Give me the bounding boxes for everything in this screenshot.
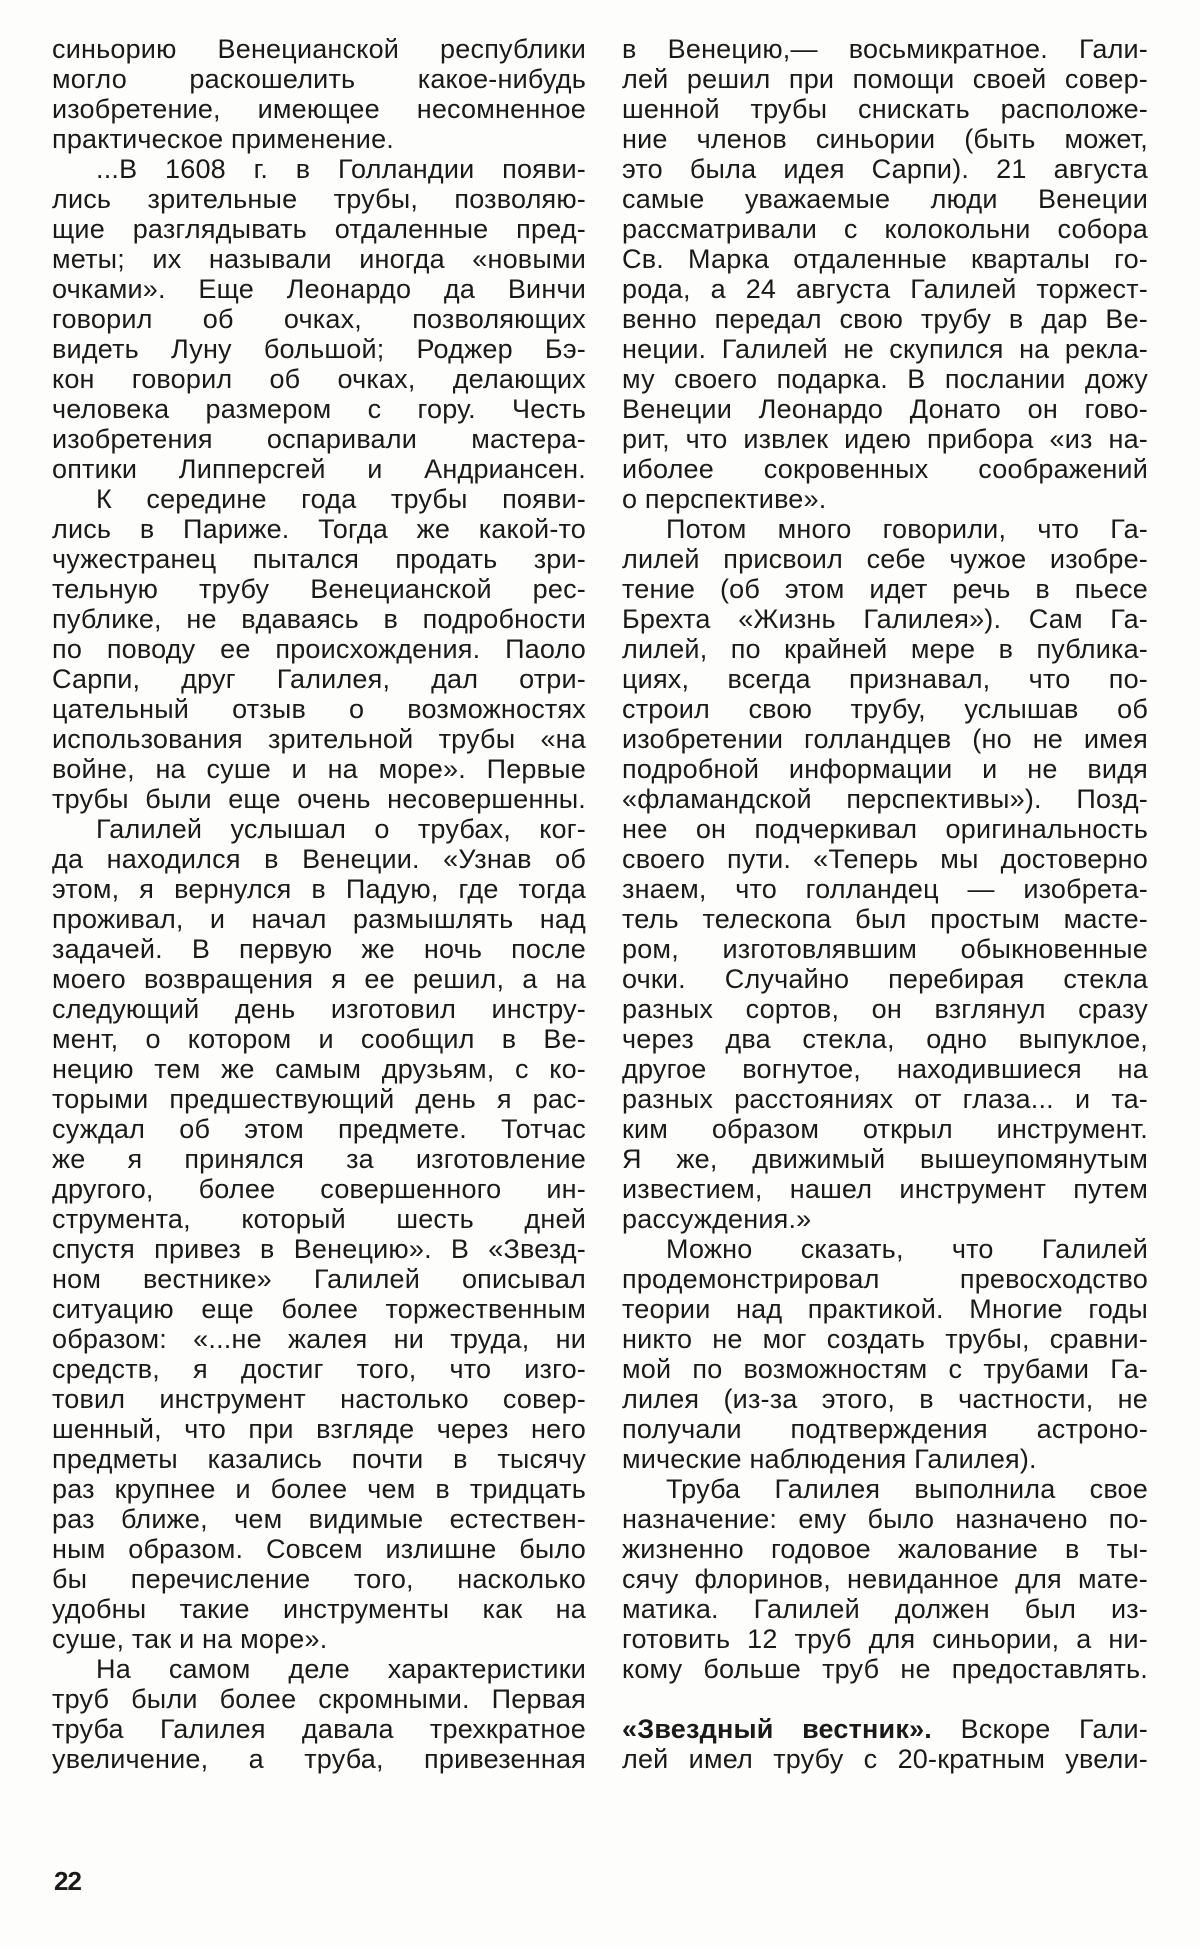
text-line: труба Галилея давала трехкратное [52, 1714, 586, 1744]
text-line: знаем, что голландец — изобрета- [622, 874, 1148, 904]
text-line: мические наблюдения Галилея). [622, 1444, 1148, 1474]
text-line: ром, изготовлявшим обыкновенные [622, 934, 1148, 964]
text-line: кому больше труб не предоставлять. [622, 1654, 1148, 1684]
text-line: другого, более совершенного ин- [52, 1174, 586, 1204]
text-line: раз крупнее и более чем в тридцать [52, 1474, 586, 1504]
text-line: ным образом. Совсем излишне было [52, 1534, 586, 1564]
text-line: неции. Галилей не скупился на рекла- [622, 334, 1148, 364]
text-line: ким образом открыл инструмент. [622, 1114, 1148, 1144]
text-line: «фламандской перспективы»). Позд- [622, 784, 1148, 814]
text-line: шенной трубы снискать расположе- [622, 94, 1148, 124]
text-line: лилей, по крайней мере в публика- [622, 634, 1148, 664]
text-line: рассуждения.» [622, 1204, 1148, 1234]
text-line: очками». Еще Леонардо да Винчи [52, 274, 586, 304]
text-line: теории над практикой. Многие годы [622, 1294, 1148, 1324]
text-line: суше, так и на море». [52, 1624, 586, 1654]
text-line: в Венецию,— восьмикратное. Гали- [622, 34, 1148, 64]
text-line: Галилей услышал о трубах, ког- [52, 814, 586, 844]
text-line: увеличение, а труба, привезенная [52, 1744, 586, 1774]
text-line: Св. Марка отдаленные кварталы го- [622, 244, 1148, 274]
text-line: тель телескопа был простым масте- [622, 904, 1148, 934]
text-line: Можно сказать, что Галилей [622, 1234, 1148, 1264]
text-line: мой по возможностям с трубами Га- [622, 1354, 1148, 1384]
text-line: же я принялся за изготовление [52, 1144, 586, 1174]
text-line: Сарпи, друг Галилея, дал отри- [52, 664, 586, 694]
text-line: готовить 12 труб для синьории, а ни- [622, 1624, 1148, 1654]
text-line: товил инструмент настолько совер- [52, 1384, 586, 1414]
text-line: Венеции Леонардо Донато он гово- [622, 394, 1148, 424]
text-line: строил свою трубу, услышав об [622, 694, 1148, 724]
text-line: изобретения оспаривали мастера- [52, 424, 586, 454]
text-line: щие разглядывать отдаленные пред- [52, 214, 586, 244]
text-line: Я же, движимый вышеупомянутым [622, 1144, 1148, 1174]
text-line: этом, я вернулся в Падую, где тогда [52, 874, 586, 904]
text-line: ситуацию еще более торжественным [52, 1294, 586, 1324]
text-line: циях, всегда признавал, что по- [622, 664, 1148, 694]
text-line: рит, что извлек идею прибора «из на- [622, 424, 1148, 454]
text-line: ном вестнике» Галилей описывал [52, 1264, 586, 1294]
text-fragment: Вскоре Гали- [961, 1714, 1148, 1744]
text-line: лись зрительные трубы, позволяю- [52, 184, 586, 214]
text-line: лей имел трубу с 20-кратным увели- [622, 1744, 1148, 1774]
text-line: цательный отзыв о возможностях [52, 694, 586, 724]
text-line: человека размером с гору. Честь [52, 394, 586, 424]
text-line: лись в Париже. Тогда же какой-то [52, 514, 586, 544]
text-line: да находился в Венеции. «Узнав об [52, 844, 586, 874]
text-line: говорил об очках, позволяющих [52, 304, 586, 334]
section-heading: «Звездный вестник». [622, 1714, 932, 1744]
text-line: самые уважаемые люди Венеции [622, 184, 1148, 214]
text-line: Труба Галилея выполнила свое [622, 1474, 1148, 1504]
text-line: по поводу ее происхождения. Паоло [52, 634, 586, 664]
text-line: видеть Луну большой; Роджер Бэ- [52, 334, 586, 364]
text-line: К середине года трубы появи- [52, 484, 586, 514]
text-line: это была идея Сарпи). 21 августа [622, 154, 1148, 184]
text-line: труб были более скромными. Первая [52, 1684, 586, 1714]
text-line: образом: «...не жалея ни труда, ни [52, 1324, 586, 1354]
text-line: известием, нашел инструмент путем [622, 1174, 1148, 1204]
text-line: суждал об этом предмете. Тотчас [52, 1114, 586, 1144]
text-line: разных расстояниях от глаза... и та- [622, 1084, 1148, 1114]
text-line: другое вогнутое, находившиеся на [622, 1054, 1148, 1084]
text-line: рассматривали с колокольни собора [622, 214, 1148, 244]
text-line: ...В 1608 г. в Голландии появи- [52, 154, 586, 184]
text-line: средств, я достиг того, что изго- [52, 1354, 586, 1384]
text-line: задачей. В первую же ночь после [52, 934, 586, 964]
text-line: удобны такие инструменты как на [52, 1594, 586, 1624]
text-line: Брехта «Жизнь Галилея»). Сам Га- [622, 604, 1148, 634]
text-line: мент, о котором и сообщил в Ве- [52, 1024, 586, 1054]
text-line: спустя привез в Венецию». В «Звезд- [52, 1234, 586, 1264]
text-line: предметы казались почти в тысячу [52, 1444, 586, 1474]
text-line: струмента, который шесть дней [52, 1204, 586, 1234]
text-line: публике, не вдаваясь в подробности [52, 604, 586, 634]
text-line: практическое применение. [52, 124, 586, 154]
text-line: венно передал свою трубу в дар Ве- [622, 304, 1148, 334]
text-line: изобретение, имеющее несомненное [52, 94, 586, 124]
text-line: лей решил при помощи своей совер- [622, 64, 1148, 94]
text-line: синьорию Венецианской республики [52, 34, 586, 64]
text-line: изобретении голландцев (но не имея [622, 724, 1148, 754]
text-line: очки. Случайно перебирая стекла [622, 964, 1148, 994]
text-line: подробной информации и не видя [622, 754, 1148, 784]
page-number: 22 [54, 1866, 81, 1897]
text-line: меты; их называли иногда «новыми [52, 244, 586, 274]
text-line: торыми предшествующий день я рас- [52, 1084, 586, 1114]
text-line: лилей присвоил себе чужое изобре- [622, 544, 1148, 574]
text-line: шенный, что при взгляде через него [52, 1414, 586, 1444]
text-line: бы перечисление того, насколько [52, 1564, 586, 1594]
text-line: жизненно годовое жалование в ты- [622, 1534, 1148, 1564]
text-line: кон говорил об очках, делающих [52, 364, 586, 394]
text-line: следующий день изготовил инстру- [52, 994, 586, 1024]
text-line: моего возвращения я ее решил, а на [52, 964, 586, 994]
text-line: му своего подарка. В послании дожу [622, 364, 1148, 394]
text-line: На самом деле характеристики [52, 1654, 586, 1684]
text-line: чужестранец пытался продать зри- [52, 544, 586, 574]
book-page: синьорию Венецианской республикимогло ра… [0, 0, 1200, 1947]
text-line: никто не мог создать трубы, сравни- [622, 1324, 1148, 1354]
left-column: синьорию Венецианской республикимогло ра… [52, 34, 586, 1774]
text-line: тение (об этом идет речь в пьесе [622, 574, 1148, 604]
text-line: тельную трубу Венецианской рес- [52, 574, 586, 604]
text-line: использования зрительной трубы «на [52, 724, 586, 754]
text-line: сячу флоринов, невиданное для мате- [622, 1564, 1148, 1594]
text-line: своего пути. «Теперь мы достоверно [622, 844, 1148, 874]
text-line: нецию тем же самым друзьям, с ко- [52, 1054, 586, 1084]
text-line: ние членов синьории (быть может, [622, 124, 1148, 154]
section-heading-line: «Звездный вестник». Вскоре Гали- [622, 1714, 1148, 1744]
text-line: Потом много говорили, что Га- [622, 514, 1148, 544]
section-gap [622, 1684, 1148, 1714]
text-line: рода, а 24 августа Галилей торжест- [622, 274, 1148, 304]
text-line: оптики Липперсгей и Андриансен. [52, 454, 586, 484]
text-line: матика. Галилей должен был из- [622, 1594, 1148, 1624]
right-column: в Венецию,— восьмикратное. Гали-лей реши… [622, 34, 1148, 1774]
text-line: назначение: ему было назначено по- [622, 1504, 1148, 1534]
text-line: нее он подчеркивал оригинальность [622, 814, 1148, 844]
text-line: о перспективе». [622, 484, 1148, 514]
text-line: могло раскошелить какое-нибудь [52, 64, 586, 94]
text-line: получали подтверждения астроно- [622, 1414, 1148, 1444]
text-line: через два стекла, одно выпуклое, [622, 1024, 1148, 1054]
text-line: иболее сокровенных соображений [622, 454, 1148, 484]
text-line: трубы были еще очень несовершенны. [52, 784, 586, 814]
text-line: лилея (из-за этого, в частности, не [622, 1384, 1148, 1414]
text-line: разных сортов, он взглянул сразу [622, 994, 1148, 1024]
text-line: проживал, и начал размышлять над [52, 904, 586, 934]
text-line: раз ближе, чем видимые естествен- [52, 1504, 586, 1534]
text-line: продемонстрировал превосходство [622, 1264, 1148, 1294]
text-line: войне, на суше и на море». Первые [52, 754, 586, 784]
